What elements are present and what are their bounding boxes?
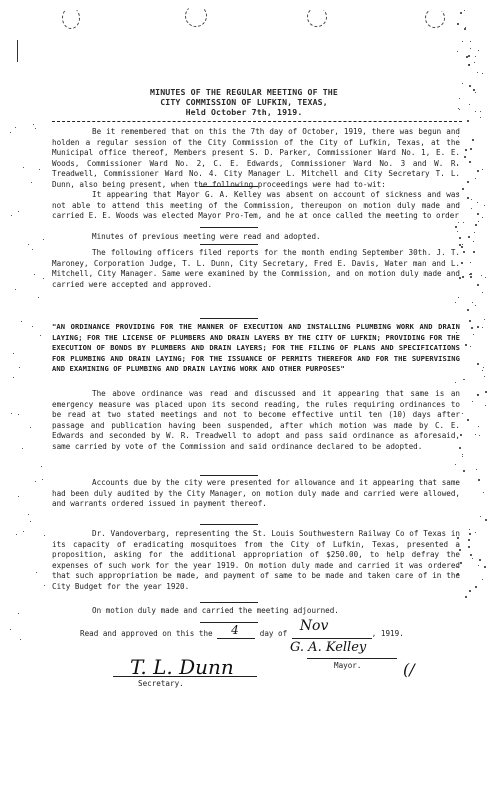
speckle: [462, 413, 463, 414]
speckle: [485, 405, 486, 406]
speckle: [484, 566, 486, 568]
speckle: [473, 251, 475, 253]
speckle: [469, 161, 471, 163]
speckle: [482, 579, 483, 580]
speckle: [472, 558, 473, 559]
speckle: [455, 382, 456, 383]
speckle: [32, 249, 33, 250]
speckle: [43, 239, 44, 240]
speckle: [479, 559, 481, 561]
speckle: [477, 213, 479, 215]
speckle: [475, 434, 476, 435]
speckle: [467, 197, 469, 199]
mayor-signature: G. A. Kelley: [290, 640, 366, 655]
paragraph-railway-proposition: Dr. Vandoverbarg, representing the St. L…: [52, 529, 460, 593]
speckle: [31, 182, 32, 183]
speckle: [461, 246, 463, 248]
section-separator: [200, 227, 258, 228]
speckle: [42, 479, 43, 480]
speckle: [28, 244, 29, 245]
speckle: [459, 244, 461, 246]
speckle: [472, 401, 473, 402]
speckle: [15, 127, 16, 128]
secretary-signature-line: [113, 676, 257, 677]
approval-month-field: Nov: [292, 629, 372, 639]
speckle: [13, 353, 14, 354]
speckle: [470, 273, 472, 275]
section-separator: [200, 318, 258, 319]
speckle: [462, 188, 464, 190]
paragraph-text: Accounts due by the city were presented …: [52, 478, 460, 508]
speckle: [462, 276, 464, 278]
speckle: [475, 56, 476, 57]
speckle: [475, 532, 476, 533]
speckle: [462, 83, 463, 84]
speckle: [477, 202, 478, 203]
speckle: [470, 48, 471, 49]
speckle: [482, 327, 483, 328]
speckle: [18, 613, 19, 614]
section-separator: [200, 524, 258, 525]
speckle: [455, 464, 456, 465]
speckle: [465, 149, 467, 151]
speckle: [44, 585, 45, 586]
document-title-line-2: CITY COMMISSION OF LUFKIN, TEXAS,: [0, 97, 488, 107]
speckle: [35, 128, 36, 129]
speckle: [471, 199, 472, 200]
speckle: [30, 521, 31, 522]
speckle: [455, 302, 456, 303]
speckle: [470, 41, 471, 42]
paragraph-text: Dr. Vandoverbarg, representing the St. L…: [52, 529, 460, 591]
handwritten-month: Nov: [300, 621, 329, 631]
speckle: [464, 10, 465, 11]
speckle: [462, 456, 463, 457]
speckle: [478, 565, 479, 566]
speckle: [461, 262, 463, 264]
approval-prefix: Read and approved on this the: [80, 629, 213, 638]
speckle: [481, 275, 482, 276]
speckle: [23, 531, 24, 532]
speckle: [484, 205, 485, 206]
speckle: [11, 215, 12, 216]
speckle: [472, 302, 473, 303]
paragraph-ordinance-adopted: The above ordinance was read and discuss…: [52, 389, 460, 453]
speckle: [468, 64, 470, 66]
speckle: [469, 274, 470, 275]
speckle: [467, 419, 469, 421]
speckle: [479, 435, 480, 436]
speckle: [482, 169, 483, 170]
speckle: [33, 124, 34, 125]
speckle: [485, 519, 487, 521]
speckle: [18, 496, 19, 497]
speckle: [468, 55, 470, 57]
speckle: [20, 639, 21, 640]
approval-middle: day of: [260, 629, 287, 638]
speckle: [483, 367, 484, 368]
speckle: [463, 470, 465, 472]
speckle: [10, 132, 11, 133]
speckle: [34, 274, 35, 275]
speckle: [457, 51, 458, 52]
speckle: [477, 170, 479, 172]
section-separator: [200, 622, 258, 623]
speckle: [478, 479, 480, 481]
speckle: [21, 321, 22, 322]
speckle: [475, 586, 477, 588]
speckle: [469, 320, 471, 322]
speckle: [482, 370, 483, 371]
speckle: [475, 224, 477, 226]
paragraph-ordinance-title: "AN ORDINANCE PROVIDING FOR THE MANNER O…: [52, 322, 460, 375]
handwritten-day: 4: [231, 625, 239, 635]
paragraph-text: On motion duly made and carried the meet…: [92, 606, 339, 615]
speckle: [474, 232, 475, 233]
speckle: [473, 241, 474, 242]
speckle: [44, 535, 45, 536]
paragraph-text: The following officers filed reports for…: [52, 248, 460, 289]
speckle: [465, 596, 467, 598]
speckle: [470, 346, 471, 347]
approval-day-field: 4: [217, 629, 255, 639]
speckle: [468, 539, 470, 541]
speckle: [482, 73, 483, 74]
punch-hole-mark: [62, 7, 80, 29]
speckle: [473, 334, 474, 335]
speckle: [467, 120, 469, 122]
speckle: [477, 363, 479, 365]
section-separator: [200, 244, 258, 245]
speckle: [474, 62, 475, 63]
mayor-signature-line: [307, 658, 397, 659]
secretary-label: Secretary.: [138, 679, 184, 688]
paragraph-accounts: Accounts due by the city were presented …: [52, 478, 460, 510]
speckle: [482, 292, 483, 293]
speckle: [16, 534, 17, 535]
punch-hole-mark: [425, 8, 445, 28]
speckle: [18, 414, 19, 415]
speckle: [477, 72, 478, 73]
speckle: [475, 305, 476, 306]
document-page: MINUTES OF THE REGULAR MEETING OF THE CI…: [0, 0, 488, 800]
speckle: [467, 181, 469, 183]
speckle: [484, 376, 485, 377]
speckle: [43, 278, 44, 279]
punch-hole-mark: [185, 5, 207, 27]
approval-line: Read and approved on this the 4 day of N…: [80, 629, 404, 639]
speckle: [478, 221, 479, 222]
speckle: [483, 492, 484, 493]
speckle: [465, 27, 466, 28]
speckle: [485, 277, 486, 278]
speckle: [482, 217, 483, 218]
speckle: [480, 117, 481, 118]
paragraph-mayor-absent: It appearing that Mayor G. A. Kelley was…: [52, 190, 460, 222]
scan-edge-mark: [17, 40, 18, 62]
speckle: [38, 297, 39, 298]
speckle: [471, 208, 472, 209]
speckle: [464, 28, 466, 30]
speckle: [477, 394, 478, 395]
speckle: [470, 276, 472, 278]
speckle: [462, 41, 463, 42]
speckle: [13, 377, 14, 378]
ordinance-title-text: "AN ORDINANCE PROVIDING FOR THE MANNER O…: [52, 322, 460, 373]
speckle: [469, 529, 470, 530]
handwritten-mark: (/: [403, 660, 415, 679]
speckle: [470, 554, 472, 556]
speckle: [480, 516, 481, 517]
speckle: [484, 319, 485, 320]
paragraph-text: Minutes of previous meeting were read an…: [92, 232, 321, 241]
speckle: [465, 344, 467, 346]
paragraph-text: Be it remembered that on this the 7th da…: [52, 127, 460, 189]
punch-hole-mark: [307, 7, 327, 27]
paragraph-minutes-adopted: Minutes of previous meeting were read an…: [52, 232, 460, 243]
speckle: [464, 156, 466, 158]
speckle: [464, 379, 465, 380]
speckle: [485, 391, 487, 393]
speckle: [463, 222, 464, 223]
speckle: [478, 50, 479, 51]
speckle: [15, 289, 16, 290]
speckle: [476, 469, 477, 470]
speckle: [458, 297, 459, 298]
speckle: [477, 326, 479, 328]
speckle: [463, 379, 464, 380]
speckle: [469, 590, 471, 592]
speckle: [22, 448, 23, 449]
speckle: [39, 169, 40, 170]
speckle: [10, 629, 11, 630]
speckle: [470, 262, 471, 263]
speckle: [462, 454, 463, 455]
speckle: [477, 284, 479, 286]
speckle: [468, 236, 470, 238]
speckle: [471, 327, 473, 329]
speckle: [19, 367, 20, 368]
speckle: [23, 167, 24, 168]
speckle: [463, 251, 465, 253]
approval-year: , 1919.: [372, 629, 404, 638]
speckle: [468, 546, 470, 548]
paragraph-text: The above ordinance was read and discuss…: [52, 389, 460, 451]
speckle: [467, 309, 469, 311]
speckle: [472, 139, 474, 141]
speckle: [457, 23, 459, 25]
speckle: [477, 394, 479, 396]
section-separator: [200, 186, 258, 187]
speckle: [11, 413, 12, 414]
speckle: [18, 211, 19, 212]
paragraph-text: It appearing that Mayor G. A. Kelley was…: [52, 190, 460, 220]
section-separator: [200, 475, 258, 476]
mayor-label: Mayor.: [334, 661, 361, 670]
title-divider: [52, 121, 462, 122]
speckle: [460, 12, 462, 14]
speckle: [36, 572, 37, 573]
speckle: [470, 148, 472, 150]
document-title-line-3: Held October 7th, 1919.: [0, 107, 488, 117]
speckle: [478, 426, 479, 427]
speckle: [32, 326, 33, 327]
speckle: [469, 533, 471, 535]
speckle: [35, 481, 36, 482]
paragraph-opening: Be it remembered that on this the 7th da…: [52, 127, 460, 191]
speckle: [455, 226, 457, 228]
speckle: [41, 466, 42, 467]
section-separator: [200, 602, 258, 603]
speckle: [462, 244, 463, 245]
paragraph-adjourned: On motion duly made and carried the meet…: [52, 606, 460, 617]
speckle: [460, 562, 462, 564]
speckle: [28, 514, 29, 515]
document-title-line-1: MINUTES OF THE REGULAR MEETING OF THE: [0, 87, 488, 97]
speckle: [475, 178, 476, 179]
speckle: [40, 335, 41, 336]
speckle: [30, 427, 31, 428]
paragraph-officer-reports: The following officers filed reports for…: [52, 248, 460, 290]
